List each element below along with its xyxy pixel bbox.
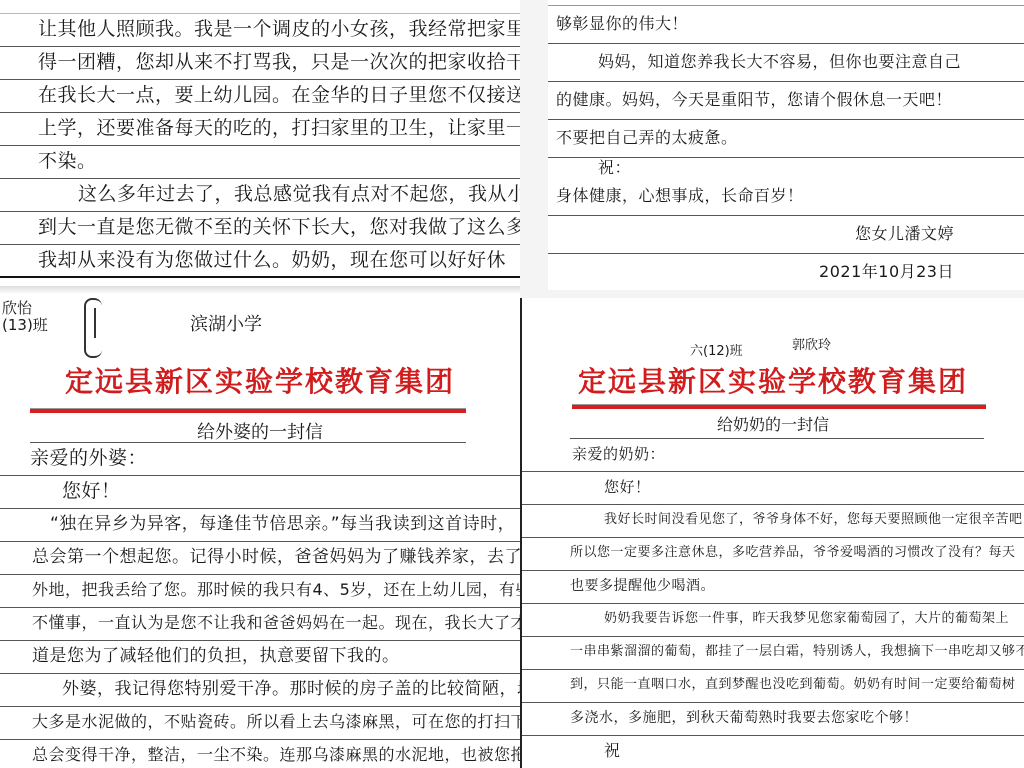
text-line: 得一团糟，您却从来不打骂我，只是一次次的把家收拾干净。 [0, 47, 520, 80]
letter-body: 亲爱的外婆： 您好！ “独在异乡为异客，每逢佳节倍思亲。”每当我读到这首诗时， … [0, 410, 520, 768]
text-line: 我好长时间没看见您了，爷爷身体不好，您每天要照顾他一定很辛苦吧！ [522, 505, 1024, 538]
student-name: 郭欣玲 [792, 334, 831, 353]
text-line: 奶奶我要告诉您一件事，昨天我梦见您家葡萄园了，大片的葡萄架上 [522, 604, 1024, 637]
text-line: 也要多提醒他少喝酒。 [522, 571, 1024, 604]
text-line: 让其他人照顾我。我是一个调皮的小女孩，我经常把家里搞 [0, 14, 520, 47]
school-group-header: 定远县新区实验学校教育集团 [0, 360, 520, 400]
text-line: 到大一直是您无微不至的关怀下长大，您对我做了这么多， [0, 212, 520, 245]
text-line: “独在异乡为异客，每逢佳节倍思亲。”每当我读到这首诗时， [0, 509, 520, 542]
student-note: 欣怡 (13)班 [2, 300, 48, 334]
text-line: 多浇水，多施肥，到秋天葡萄熟时我要去您家吃个够！ [522, 703, 1024, 736]
text-line: 大多是水泥做的，不贴瓷砖。所以看上去乌漆麻黑，可在您的打扫下，房屋 [0, 707, 520, 740]
paperclip-inner [94, 308, 100, 338]
student-class: (13)班 [2, 317, 48, 334]
text-line: 到，只能一直咽口水，直到梦醒也没吃到葡萄。奶奶有时间一定要给葡萄树 [522, 670, 1024, 703]
letter-page-bottom-left: 欣怡 (13)班 滨湖小学 定远县新区实验学校教育集团 给外婆的一封信 亲爱的外… [0, 294, 520, 768]
salutation: 亲爱的奶奶： [522, 439, 1024, 472]
text-line: 的健康。妈妈，今天是重阳节，您请个假休息一天吧！ [548, 82, 1024, 120]
letter-body: 够彰显你的伟大！ 妈妈，知道您养我长大不容易，但你也要注意自己 的健康。妈妈，今… [548, 0, 1024, 290]
title-line [30, 410, 466, 443]
text-line: 总会第一个想起您。记得小时候，爸爸妈妈为了赚钱养家，去了 [0, 542, 520, 575]
letter-date: 2021年10月23日 [548, 254, 1024, 290]
letter-page-top-left: 让其他人照顾我。我是一个调皮的小女孩，我经常把家里搞 得一团糟，您却从来不打骂我… [0, 0, 520, 290]
text-line: 妈妈，知道您养我长大不容易，但你也要注意自己 [548, 44, 1024, 82]
letter-body: 亲爱的奶奶： 您好！ 我好长时间没看见您了，爷爷身体不好，您每天要照顾他一定很辛… [522, 406, 1024, 768]
text-line: 在我长大一点，要上幼儿园。在金华的日子里您不仅接送我 [0, 80, 520, 113]
salutation: 亲爱的外婆： [0, 443, 520, 476]
text-line: 外地，把我丢给了您。那时候的我只有4、5岁，还在上幼儿园，有些 [0, 575, 520, 608]
text-line: 身体健康，心想事成，长命百岁！ [548, 178, 1024, 216]
greeting: 您好！ [522, 472, 1024, 505]
school-name: 滨湖小学 [190, 310, 262, 336]
cut-line [0, 0, 520, 14]
closing-wish: 祝： [548, 158, 1024, 178]
page-edge-shadow [0, 286, 520, 294]
text-line: 总会变得干净，整洁，一尘不染。连那乌漆麻黑的水泥地，也被您拖的 [0, 740, 520, 768]
text-line: 我却从来没有为您做过什么。奶奶，现在您可以好好休 [0, 245, 520, 278]
school-group-header: 定远县新区实验学校教育集团 [522, 360, 1024, 400]
text-line: 这么多年过去了，我总感觉我有点对不起您，我从小 [0, 179, 520, 212]
text-line: 一串串紫溜溜的葡萄，都挂了一层白霜，特别诱人，我想摘下一串吃却又够不 [522, 637, 1024, 670]
text-line: 所以您一定要多注意休息，多吃营养品，爷爷爱喝酒的习惯改了没有？每天 [522, 538, 1024, 571]
signature: 您女儿潘文婷 [548, 216, 1024, 254]
text-line: 够彰显你的伟大！ [548, 6, 1024, 44]
letter-page-bottom-right: 六(12)班 郭欣玲 定远县新区实验学校教育集团 给奶奶的一封信 亲爱的奶奶： … [522, 298, 1024, 768]
text-line: 道是您为了减轻他们的负担，执意要留下我的。 [0, 641, 520, 674]
text-line: 上学，还要准备每天的吃的，打扫家里的卫生，让家里一尘 [0, 113, 520, 146]
title-line [570, 406, 984, 439]
letter-page-top-right: 够彰显你的伟大！ 妈妈，知道您养我长大不容易，但你也要注意自己 的健康。妈妈，今… [548, 0, 1024, 290]
student-name: 欣怡 [2, 300, 48, 317]
text-line: 外婆，我记得您特别爱干净。那时候的房子盖的比较简陋，地面 [0, 674, 520, 707]
closing-wish: 祝 [522, 736, 1024, 768]
text-line: 不要把自己弄的太疲惫。 [548, 120, 1024, 158]
text-line: 不染。 [0, 146, 520, 179]
text-line: 不懂事，一直认为是您不让我和爸爸妈妈在一起。现在，我长大了才知 [0, 608, 520, 641]
class-note: 六(12)班 [690, 340, 743, 359]
greeting: 您好！ [0, 476, 520, 509]
letter-body: 让其他人照顾我。我是一个调皮的小女孩，我经常把家里搞 得一团糟，您却从来不打骂我… [0, 0, 520, 278]
